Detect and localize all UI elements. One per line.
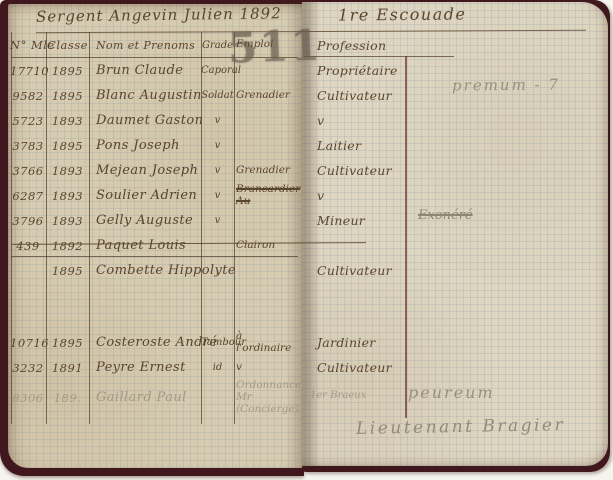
cell-profession: Mineur xyxy=(308,213,405,228)
cell-classe: 189. xyxy=(46,391,89,405)
cell-nom: Brun Claude xyxy=(89,63,201,78)
cell-numero: 3766 xyxy=(10,164,46,178)
table-row: 17710 1895 Brun Claude Caporal Propriéta… xyxy=(10,58,405,83)
column-line-profession-right xyxy=(405,56,407,418)
cell-profession: Cultivateur xyxy=(308,263,405,278)
cell-grade: Tambour xyxy=(201,337,234,348)
cell-grade: v xyxy=(201,215,234,226)
table-row: 9582 1895 Blanc Augustin Soldat Grenadie… xyxy=(10,83,405,108)
header-emploi: Emploi xyxy=(234,39,298,51)
header-numero: N° Mle xyxy=(10,38,46,52)
cell-grade: Soldat xyxy=(201,90,234,101)
cell-grade: id xyxy=(201,362,234,373)
cell-classe: 1895 xyxy=(46,139,89,153)
cell-classe: 1895 xyxy=(46,64,89,78)
cell-numero: 5723 xyxy=(10,114,46,128)
cell-nom: Soulier Adrien xyxy=(89,188,201,203)
cell-numero: 439 xyxy=(10,239,46,253)
cell-numero: 9582 xyxy=(10,89,46,103)
header-nom: Nom et Prenoms xyxy=(89,39,201,52)
table-row: 439 1892 Paquet Louis Clairon xyxy=(10,233,405,258)
header-profession: Profession xyxy=(308,38,405,53)
cell-emploi: Grenadier xyxy=(234,90,298,102)
cell-numero: 10716 xyxy=(10,336,46,350)
cell-nom: Combette Hippolyte xyxy=(89,263,201,278)
table-header-row: N° Mle Classe Nom et Prenoms Grade Emplo… xyxy=(10,33,405,57)
cell-emploi: Clairon xyxy=(234,240,298,252)
cell-numero: 8306 xyxy=(10,391,46,405)
pencil-note-row2: premum - 7 xyxy=(452,76,560,95)
table-row: 5723 1893 Daumet Gaston v v xyxy=(10,108,405,133)
table-row: 1895 Combette Hippolyte , Cultivateur xyxy=(10,258,405,283)
cell-classe: 1893 xyxy=(46,189,89,203)
cell-classe: 1893 xyxy=(46,114,89,128)
cell-nom: Gelly Auguste xyxy=(89,213,201,228)
cell-nom: Mejean Joseph xyxy=(89,163,201,178)
pencil-note-crossed-out: Exonéré xyxy=(418,208,473,223)
cell-profession: v xyxy=(308,188,405,203)
cell-classe: 1891 xyxy=(46,361,89,375)
cell-nom: Gaillard Paul xyxy=(89,390,201,405)
cell-grade: , xyxy=(201,265,234,276)
table-rows: 17710 1895 Brun Claude Caporal Propriéta… xyxy=(10,58,405,415)
cell-profession: Propriétaire xyxy=(308,63,405,78)
cell-numero: 3783 xyxy=(10,139,46,153)
header-classe: Classe xyxy=(46,38,89,52)
pencil-signature: Lieutenant Bragier xyxy=(356,415,565,439)
cell-emploi: Brancardier Au xyxy=(234,184,298,208)
cell-numero: 17710 xyxy=(10,64,46,78)
table-row: 10716 1895 Costeroste André Tambour à l'… xyxy=(10,330,405,355)
cell-profession: Cultivateur xyxy=(308,360,405,375)
cell-grade: v xyxy=(201,190,234,201)
cell-nom: Paquet Louis xyxy=(89,238,201,253)
cell-profession: Jardinier xyxy=(308,335,405,350)
cell-profession: v xyxy=(308,113,405,128)
cell-nom: Blanc Augustin xyxy=(89,88,201,103)
table-row: 3796 1893 Gelly Auguste v Mineur xyxy=(10,208,405,233)
cell-nom: Costeroste André xyxy=(89,335,201,350)
cell-numero: 3796 xyxy=(10,214,46,228)
cell-grade: Caporal xyxy=(201,65,234,76)
table-row: 3232 1891 Peyre Ernest id v Cultivateur xyxy=(10,355,405,380)
cell-grade: v xyxy=(201,165,234,176)
table-row: 3766 1893 Mejean Joseph v Grenadier Cult… xyxy=(10,158,405,183)
cell-classe: 1895 xyxy=(46,89,89,103)
cell-numero: 3232 xyxy=(10,361,46,375)
cell-grade: v xyxy=(201,140,234,151)
cell-profession: Cultivateur xyxy=(308,163,405,178)
table-row: 6287 1893 Soulier Adrien v Brancardier A… xyxy=(10,183,405,208)
cell-classe: 1895 xyxy=(46,264,89,278)
cell-nom: Peyre Ernest xyxy=(89,360,201,375)
pencil-note-row12-right: peureum xyxy=(408,383,495,402)
notebook-spread: Sergent Angevin Julien 1892 1re Escouade… xyxy=(0,0,613,480)
pencil-note-row12-left: 1er Braeux xyxy=(310,390,366,401)
cell-classe: 1892 xyxy=(46,239,89,253)
cell-grade: v xyxy=(201,115,234,126)
cell-nom: Daumet Gaston xyxy=(89,113,201,128)
cell-emploi: Grenadier xyxy=(234,165,298,177)
cell-emploi: Ordonnance Mr (Concierge) xyxy=(234,380,298,415)
cell-classe: 1893 xyxy=(46,164,89,178)
cell-classe: 1893 xyxy=(46,214,89,228)
cell-emploi: v xyxy=(234,362,298,374)
header-grade: Grade xyxy=(201,40,234,51)
cell-profession: Laitier xyxy=(308,138,405,153)
cell-classe: 1895 xyxy=(46,336,89,350)
page-title-right: 1re Escouade xyxy=(338,4,467,24)
cell-emploi: à l'ordinaire xyxy=(234,331,298,355)
cell-numero: 6287 xyxy=(10,189,46,203)
cell-nom: Pons Joseph xyxy=(89,138,201,153)
cell-profession: Cultivateur xyxy=(308,88,405,103)
table-row: 3783 1895 Pons Joseph v Laitier xyxy=(10,133,405,158)
